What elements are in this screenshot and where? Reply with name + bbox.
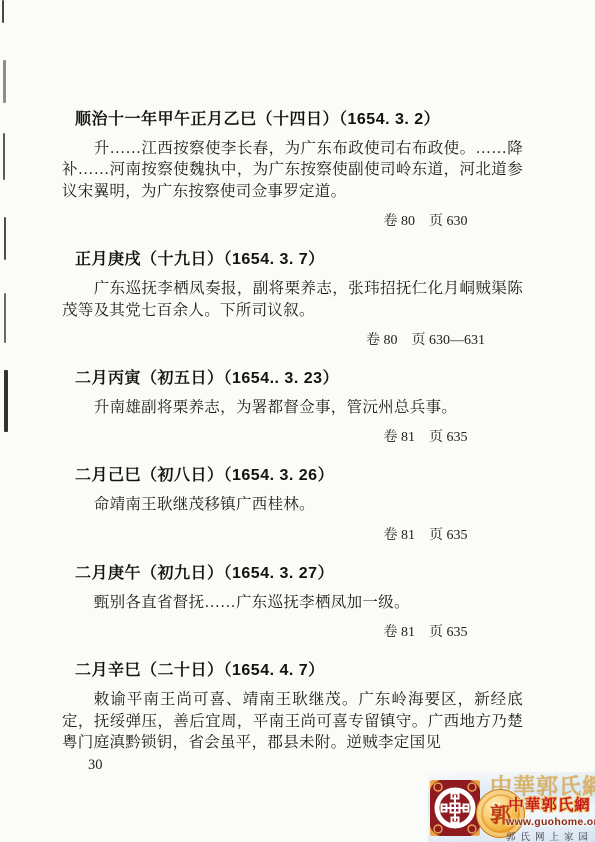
chronicle-entry: 顺治十一年甲午正月乙巳（十四日）（1654. 3. 2） 升……江西按察使李长春… (62, 109, 523, 232)
entry-date-heading: 正月庚戌（十九日）（1654. 3. 7） (75, 249, 523, 270)
entry-body-text: 升南雄副将栗养志，为署都督佥事，管沅州总兵事。 (62, 397, 523, 418)
site-watermark: 中華郭氏網 郭 (428, 772, 595, 842)
volume-page-reference: 卷 81 页 635 (62, 525, 523, 546)
chronicle-entry: 二月己巳（初八日）（1654. 3. 26） 命靖南王耿继茂移镇广西桂林。 卷 … (62, 465, 523, 545)
entry-body-text: 升……江西按察使李长春，为广东布政使司右布政使。……降补……河南按察使魏执中，为… (62, 138, 523, 202)
chronicle-entry: 正月庚戌（十九日）（1654. 3. 7） 广东巡抚李栖凤奏报，副将栗养志，张玮… (62, 249, 523, 351)
brand-text: 中華郭氏網 (506, 793, 593, 815)
scan-artifact-line (4, 293, 6, 343)
entry-body-text: 敕谕平南王尚可喜、靖南王耿继茂。广东岭海要区，新经底定，抚绥弹压，善后宜周，平南… (62, 689, 523, 753)
entry-date-heading: 二月庚午（初九日）（1654. 3. 27） (75, 563, 523, 584)
brand-tagline: 郭氏网上家园 (504, 829, 595, 842)
entry-date-heading: 二月己巳（初八日）（1654. 3. 26） (75, 465, 523, 486)
chronicle-entry: 二月庚午（初九日）（1654. 3. 27） 甄别各直省督抚……广东巡抚李栖凤加… (62, 563, 523, 643)
scan-artifact-line (4, 370, 8, 432)
entry-date-heading: 二月丙寅（初五日）（1654.. 3. 23） (75, 368, 523, 389)
volume-page-reference: 卷 80 页 630 (62, 211, 523, 232)
chronicle-page-content: 顺治十一年甲午正月乙巳（十四日）（1654. 3. 2） 升……江西按察使李长春… (62, 0, 523, 773)
scan-artifact-line (2, 0, 4, 23)
scan-artifact-line (3, 133, 5, 180)
entry-date-heading: 顺治十一年甲午正月乙巳（十四日）（1654. 3. 2） (75, 109, 523, 130)
volume-page-reference: 卷 81 页 635 (62, 622, 523, 643)
entry-body-text: 甄别各直省督抚……广东巡抚李栖凤加一级。 (62, 592, 523, 613)
entry-body-text: 命靖南王耿继茂移镇广西桂林。 (62, 494, 523, 515)
chronicle-entry: 二月丙寅（初五日）（1654.. 3. 23） 升南雄副将栗养志，为署都督佥事，… (62, 368, 523, 448)
chronicle-entry: 二月辛巳（二十日）（1654. 4. 7） 敕谕平南王尚可喜、靖南王耿继茂。广东… (62, 660, 523, 753)
entry-date-heading: 二月辛巳（二十日）（1654. 4. 7） (75, 660, 523, 681)
volume-page-reference: 卷 81 页 635 (62, 427, 523, 448)
scan-artifact-line (4, 217, 6, 260)
scan-artifact-line (3, 60, 6, 103)
volume-page-reference: 卷 80 页 630—631 (62, 330, 523, 351)
brand-url: www.guohome.org (506, 816, 593, 828)
entry-body-text: 广东巡抚李栖凤奏报，副将栗养志，张玮招抚仁化月峒贼渠陈茂等及其党七百余人。下所司… (62, 278, 523, 321)
guo-clan-seal-icon (430, 780, 480, 836)
